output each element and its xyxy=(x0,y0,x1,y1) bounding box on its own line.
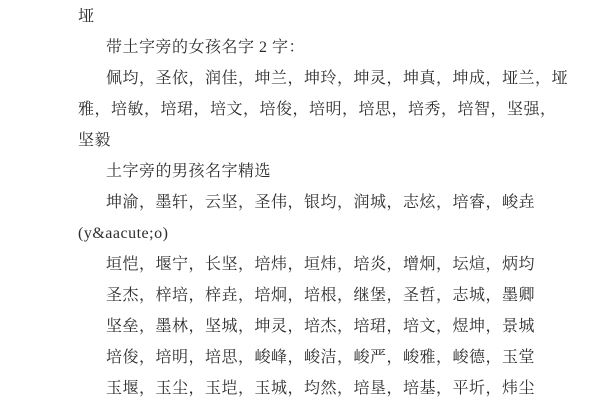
boy-names-line-7: 玉堰，玉尘，玉垲，玉城，均然，培垦，培基，平圻，炜尘 xyxy=(78,373,530,400)
document-page: 垭 带土字旁的女孩名字 2 字： 佩均，圣依，润佳，坤兰，坤玲，坤灵，坤真，坤成… xyxy=(0,0,600,400)
boy-names-line-5: 坚垒，墨林，坚城，坤灵，培杰，培珺，培文，煜坤，景城 xyxy=(78,311,530,342)
girl-names-line-3: 坚毅 xyxy=(78,125,530,156)
boy-names-line-6: 培俊，培明，培思，峻峰，峻洁，峻严，峻雅，峻德，玉堂 xyxy=(78,342,530,373)
boy-names-line-3: 垣恺，堰宁，长坚，培炜，垣炜，培炎，增炯，坛煊，炳均 xyxy=(78,249,530,280)
boy-names-line-1: 坤渝，墨轩，云坚，圣伟，银均，润城，志炫，培睿，峻垚 xyxy=(78,187,530,218)
boy-names-heading: 土字旁的男孩名字精选 xyxy=(78,156,530,187)
leading-fragment-line: 垭 xyxy=(78,1,530,32)
girl-names-heading: 带土字旁的女孩名字 2 字： xyxy=(78,32,530,63)
girl-names-line-1: 佩均，圣依，润佳，坤兰，坤玲，坤灵，坤真，坤成，垭兰，垭 xyxy=(78,63,530,94)
boy-names-pinyin-fragment: (y&aacute;o) xyxy=(78,218,530,249)
girl-names-line-2: 雅，培敏，培珺，培文，培俊，培明，培思，培秀，培智，坚强， xyxy=(78,94,530,125)
boy-names-line-4: 圣杰，梓培，梓垚，培炯，培根，继堡，圣哲，志城，墨卿 xyxy=(78,280,530,311)
